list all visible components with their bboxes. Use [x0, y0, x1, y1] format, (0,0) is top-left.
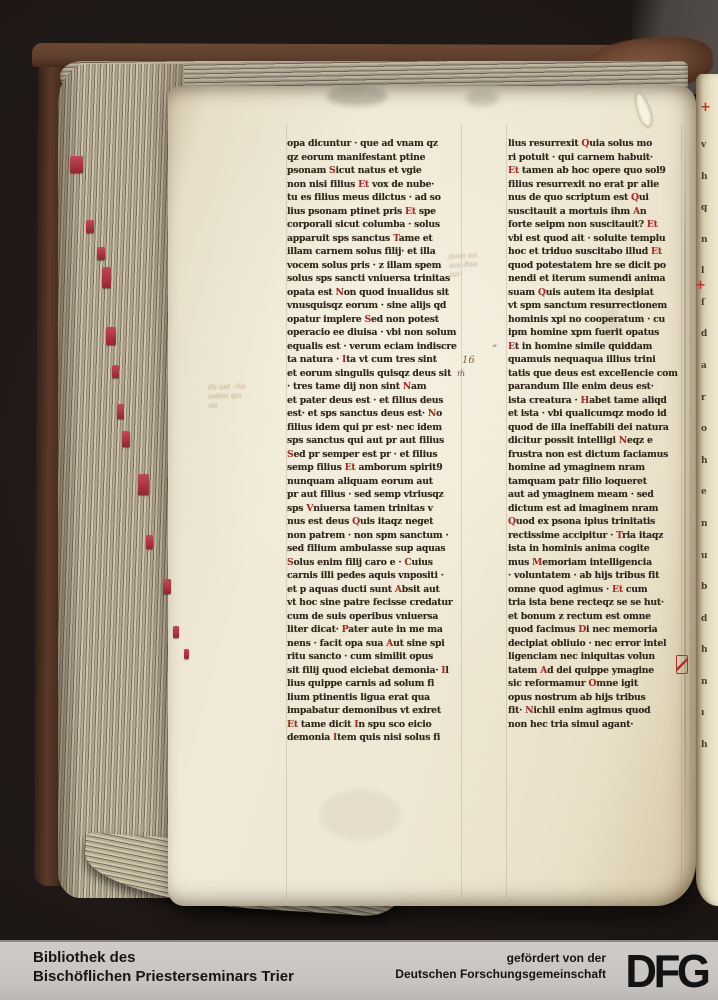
- manuscript-line: vt spm sanctum resurrectionem: [508, 299, 684, 313]
- red-paragraph-mark: [676, 655, 688, 674]
- manuscript-line: ligenciam nec iniquitas volun: [508, 650, 684, 664]
- facing-page-text-fragments: vhqnlſdarohenubdhnıh: [701, 140, 717, 750]
- manuscript-line: nus est deus Quis itaqz neget: [287, 515, 463, 529]
- text-column-2: lius resurrexit Quia solus mori potuit ·…: [508, 137, 684, 731]
- manuscript-line: quamuis nequaqua illius trini: [508, 353, 684, 367]
- manuscript-line: dicitur possit intelligi Neqz e: [508, 434, 684, 448]
- edge-glyph: a: [701, 361, 717, 371]
- manuscript-line: impabatur demonibus vt exiret: [287, 704, 463, 718]
- manuscript-line: Solus enim filij caro e · Cuius: [287, 556, 463, 570]
- manuscript-line: ta natura · Ita vt cum tres sint: [287, 353, 463, 367]
- edge-glyph: e: [701, 487, 717, 497]
- manuscript-line: Et tamen ab hoc opere quo sol9: [508, 164, 684, 178]
- manuscript-line: rectissime accipitur · Tria itaqz: [508, 529, 684, 543]
- manuscript-line: ıuı: [208, 400, 246, 410]
- manuscript-line: apparuit sps sanctus Tame et: [287, 232, 463, 246]
- bookmark-tab: [122, 431, 130, 447]
- manuscript-line: quod facimus Di nec memoria: [508, 623, 684, 637]
- edge-glyph: d: [701, 329, 717, 339]
- manuscript-line: demonia Item quis nisi solus fi: [287, 731, 463, 745]
- manuscript-line: mus Memoriam intelligencia: [508, 556, 684, 570]
- manuscript-line: aut ad ymaginem meam · sed: [508, 488, 684, 502]
- manuscript-line: Et tame dicit In spu sco eicio: [287, 718, 463, 732]
- manuscript-line: lius resurrexit Quia solus mo: [508, 137, 684, 151]
- bookmark-tab: [86, 220, 94, 233]
- funding-line2: Deutschen Forschungsgemeinschaft: [395, 966, 606, 982]
- manuscript-line: semp filius Et amborum spirit9: [287, 461, 463, 475]
- edge-glyph: n: [701, 235, 717, 245]
- bookmark-tab: [163, 579, 171, 594]
- manuscript-line: lius psonam ptinet pris Et spe: [287, 205, 463, 219]
- manuscript-line: filius resurrexit no erat pr alie: [508, 178, 684, 192]
- intercolumn-number: 16: [462, 355, 475, 366]
- manuscript-line: pr aut filius · sed semp vtriusqz: [287, 488, 463, 502]
- manuscript-line: sps sanctus qui aut pr aut filius: [287, 434, 463, 448]
- manuscript-line: Et in homine simile quiddam: [508, 340, 684, 354]
- manuscript-line: · tres tame dij non sint Nam: [287, 380, 463, 394]
- manuscript-line: et eorum singulis quisqz deus sit: [287, 367, 463, 381]
- page-stack-fore-edges: [58, 64, 184, 898]
- manuscript-line: vt hoc sine patre fecisse credatur: [287, 596, 463, 610]
- manuscript-line: suscitauit a mortuis ihm An: [508, 205, 684, 219]
- manuscript-line: quod de illa ineffabili dei natura: [508, 421, 684, 435]
- manuscript-line: operacio ee diuisa · vbi non solum: [287, 326, 463, 340]
- manuscript-line: non patrem · non spm sanctum ·: [287, 529, 463, 543]
- manuscript-line: lium ptinentis ligua erat qua: [287, 691, 463, 705]
- library-name-line2: Bischöflichen Priesterseminars Trier: [33, 967, 294, 986]
- stain: [320, 790, 400, 840]
- manuscript-line: qz eorum manifestant ptine: [287, 151, 463, 165]
- manuscript-line: homine ad ymaginem nram: [508, 461, 684, 475]
- manuscript-line: opa dicuntur · que ad vnam qz: [287, 137, 463, 151]
- manuscript-line: et ista · vbi qualicumqz modo id: [508, 407, 684, 421]
- manuscript-line: ista creatura · Habet tame aliqd: [508, 394, 684, 408]
- edge-glyph: l: [701, 266, 717, 276]
- manuscript-line: sit filij quod eiciebat demonia· Il: [287, 664, 463, 678]
- bookmark-tab: [138, 474, 149, 495]
- manuscript-line: uıılıuı quı: [208, 391, 246, 401]
- bookmark-tab: [106, 327, 116, 345]
- page-crease: [684, 100, 686, 880]
- manuscript-line: dictum est ad imaginem nram: [508, 502, 684, 516]
- manuscript-line: cum de suis operibus vniuersa: [287, 610, 463, 624]
- manuscript-line: tatem Ad dei quippe ymagine: [508, 664, 684, 678]
- manuscript-line: opus nostrum ab hijs tribus: [508, 691, 684, 705]
- manuscript-line: Quod ex psona ipius trinitatis: [508, 515, 684, 529]
- edge-glyph: h: [701, 740, 717, 750]
- marginal-quote-mark: ”: [492, 344, 497, 355]
- bookmark-tab: [97, 247, 105, 260]
- manuscript-line: lius quippe carnis ad solum fi: [287, 677, 463, 691]
- stain: [327, 86, 387, 106]
- manuscript-line: tatis que deus est excellencie com: [508, 367, 684, 381]
- bookmark-tab: [102, 267, 111, 288]
- manuscript-line: carnis illi pedes aquis vnpositi ·: [287, 569, 463, 583]
- manuscript-line: forte seipm non suscitauit? Et: [508, 218, 684, 232]
- edge-glyph: d: [701, 614, 717, 624]
- manuscript-line: Sed pr semper est pr · et filius: [287, 448, 463, 462]
- manuscript-line: et bonum z rectum est omne: [508, 610, 684, 624]
- manuscript-line: nendi et iterum sumendi anima: [508, 272, 684, 286]
- manuscript-line: illam carnem solus filij· et illa: [287, 245, 463, 259]
- library-name-line1: Bibliothek des: [33, 948, 294, 967]
- edge-glyph: h: [701, 645, 717, 655]
- bookmark-tab: [70, 156, 83, 173]
- manuscript-line: vnusquisqz eorum · sine alijs qd: [287, 299, 463, 313]
- marginal-gloss-gutter: ınıuı ıuııuıı đıuııuı·: [448, 250, 479, 279]
- manuscript-line: nunquam aliquam eorum aut: [287, 475, 463, 489]
- stain: [465, 90, 499, 106]
- ruling-line: [506, 124, 507, 898]
- edge-glyph: ı: [701, 708, 717, 718]
- manuscript-line: nens · facit opa sua Aut sine spi: [287, 637, 463, 651]
- edge-glyph: n: [701, 519, 717, 529]
- edge-glyph: n: [701, 677, 717, 687]
- manuscript-line: non nisi filius Et vox de nube·: [287, 178, 463, 192]
- manuscript-line: liter dicat· Pater aute in me ma: [287, 623, 463, 637]
- manuscript-line: nus de quo scriptum est Qui: [508, 191, 684, 205]
- footer-banner: Bibliothek des Bischöflichen Priestersem…: [0, 940, 718, 1000]
- manuscript-line: frustra non est dictum faciamus: [508, 448, 684, 462]
- manuscript-line: tu es filius meus dilctus · ad so: [287, 191, 463, 205]
- funding-line1: gefördert von der: [395, 950, 606, 966]
- manuscript-line: quod potestatem hre se dicit po: [508, 259, 684, 273]
- manuscript-line: omne quod agimus · Et cum: [508, 583, 684, 597]
- manuscript-line: tamquam patr filio loqueret: [508, 475, 684, 489]
- intercolumn-siglum: m̃: [457, 369, 465, 379]
- edge-glyph: v: [701, 140, 717, 150]
- edge-glyph: h: [701, 172, 717, 182]
- manuscript-line: hominis xpi no cooperatum · cu: [508, 313, 684, 327]
- manuscript-line: vocem solus pris · z illam spem: [287, 259, 463, 273]
- library-attribution: Bibliothek des Bischöflichen Priestersem…: [33, 948, 294, 986]
- edge-glyph: h: [701, 456, 717, 466]
- edge-glyph: r: [701, 393, 717, 403]
- manuscript-line: non hec tria simul agant·: [508, 718, 684, 732]
- manuscript-line: decipiat obliuio · nec error intel: [508, 637, 684, 651]
- bookmark-tab: [117, 404, 124, 419]
- manuscript-line: ipm homine xpm fuerit opatus: [508, 326, 684, 340]
- manuscript-line: hoc et triduo suscitabo illud Et: [508, 245, 684, 259]
- manuscript-line: ista in hominis anima cogite: [508, 542, 684, 556]
- manuscript-line: ri potuit · qui carnem habuit·: [508, 151, 684, 165]
- manuscript-line: parandum Ille enim deus est·: [508, 380, 684, 394]
- manuscript-line: sic reformamur Omne igit: [508, 677, 684, 691]
- manuscript-line: opata est Non quod inualidus sit: [287, 286, 463, 300]
- manuscript-line: vbi est quod ait · soluite templu: [508, 232, 684, 246]
- marginal-gloss-left: ıllı uıd ··luıuıılıuı quııuı: [208, 382, 247, 410]
- manuscript-line: psonam Sicut natus et vgie: [287, 164, 463, 178]
- manuscript-line: fit· Nichil enim agimus quod: [508, 704, 684, 718]
- manuscript-line: et pater deus est · et filius deus: [287, 394, 463, 408]
- red-cross-mark: +: [700, 102, 711, 114]
- bookmark-tab: [112, 365, 119, 378]
- bookmark-tab: [184, 649, 189, 659]
- page-crease: [690, 100, 692, 880]
- manuscript-line: est· et sps sanctus deus est· No: [287, 407, 463, 421]
- edge-glyph: o: [701, 424, 717, 434]
- bookmark-tab: [146, 535, 153, 549]
- bookmark-tab: [173, 626, 179, 638]
- manuscript-line: · voluntatem · ab hijs tribus fit: [508, 569, 684, 583]
- manuscript-line: equalis est · verum eciam indiscre: [287, 340, 463, 354]
- manuscript-line: tria ista bene recteqz se se hut·: [508, 596, 684, 610]
- manuscript-line: sed filium ambulasse sup aquas: [287, 542, 463, 556]
- red-cross-mark: +: [695, 280, 706, 292]
- manuscript-line: sps Vniuersa tamen trinitas v: [287, 502, 463, 516]
- manuscript-line: filius idem qui pr est· nec idem: [287, 421, 463, 435]
- manuscript-line: et p aquas ducti sunt Absit aut: [287, 583, 463, 597]
- dfg-logo: DFG: [626, 942, 708, 1000]
- manuscript-line: corporali sicut columba · solus: [287, 218, 463, 232]
- manuscript-line: solus sps sancti vniuersa trinitas: [287, 272, 463, 286]
- edge-glyph: ſ: [701, 298, 717, 308]
- manuscript-line: opatur implere Sed non potest: [287, 313, 463, 327]
- edge-glyph: b: [701, 582, 717, 592]
- digitized-manuscript-photo: opa dicuntur · que ad vnam qzqz eorum ma…: [0, 0, 718, 1000]
- edge-glyph: q: [701, 203, 717, 213]
- edge-glyph: u: [701, 551, 717, 561]
- text-column-1: opa dicuntur · que ad vnam qzqz eorum ma…: [287, 137, 463, 745]
- manuscript-line: ritu sancto · cum similit opus: [287, 650, 463, 664]
- funding-attribution: gefördert von der Deutschen Forschungsge…: [395, 950, 606, 982]
- manuscript-line: suam Quis autem ita desipiat: [508, 286, 684, 300]
